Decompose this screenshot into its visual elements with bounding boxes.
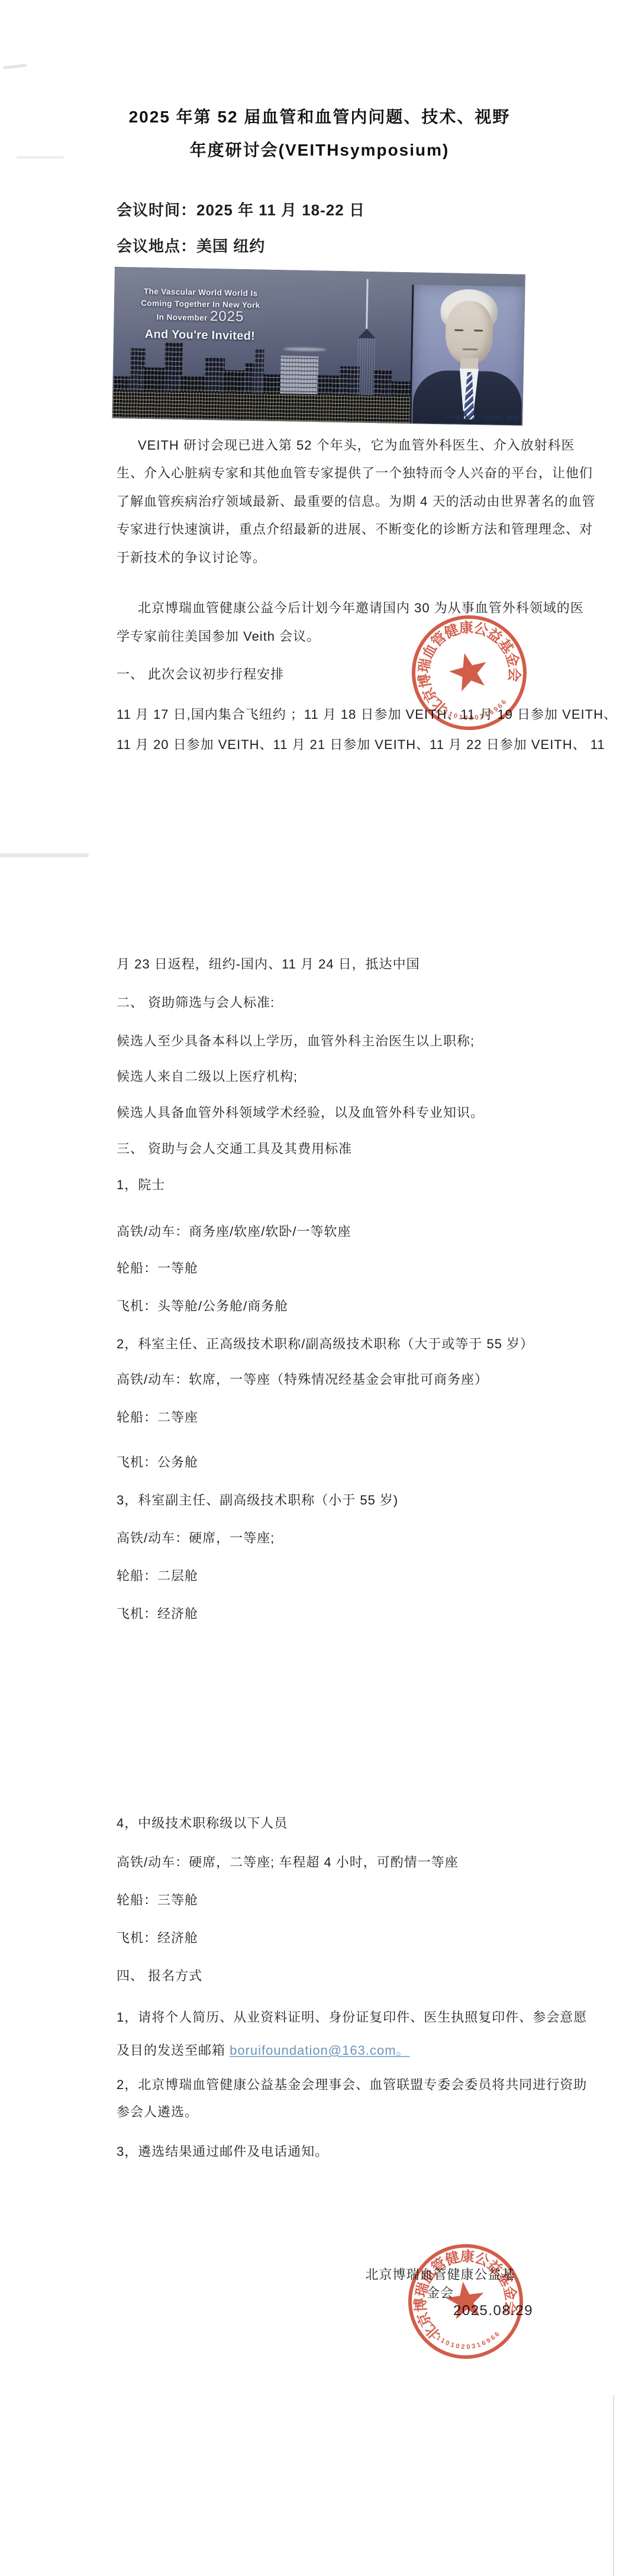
criteria-item: 候选人来自二级以上医疗机构; — [117, 1068, 298, 1086]
transport-item: 3，科室副主任、副高级技术职称（小于 55 岁) — [117, 1492, 398, 1509]
section4-heading: 四、 报名方式 — [117, 1967, 202, 1985]
banner-image: The Vascular World World Is Coming Toget… — [112, 267, 525, 425]
transport-item: 轮船：二层舱 — [117, 1567, 198, 1585]
transport-item: 2，科室主任、正高级技术职称/副高级技术职称（大于或等于 55 岁） — [117, 1335, 534, 1353]
portrait-right-eye — [474, 330, 483, 331]
banner-year: 2025 — [210, 308, 244, 325]
scan-artifact — [0, 853, 89, 857]
transport-item: 轮船：三等舱 — [117, 1891, 198, 1909]
stamp-star-icon — [446, 648, 492, 693]
intro-line: 生、介入心脏病专家和其他血管专家提供了一个独特而令人兴奋的平台，让他们 — [117, 464, 593, 482]
transport-item: 飞机：头等舱/公务舱/商务舱 — [117, 1297, 288, 1315]
plan-line: 学专家前往美国参加 Veith 会议。 — [117, 628, 320, 645]
transport-item: 轮船：一等舱 — [117, 1260, 198, 1277]
transport-item: 飞机：经济舱 — [117, 1929, 198, 1947]
one-wtc-tower — [357, 338, 376, 396]
meeting-location: 会议地点：美国 纽约 — [117, 237, 265, 255]
banner-headline-line2: Coming Together In New York — [131, 298, 270, 312]
meeting-time: 会议时间：2025 年 11 月 18-22 日 — [117, 201, 365, 219]
registration-line: 3，遴选结果通过邮件及电话通知。 — [117, 2143, 328, 2161]
portrait-mouth — [463, 348, 478, 350]
intro-line: 于新技术的争议讨论等。 — [117, 549, 266, 567]
portrait-left-eye — [454, 330, 463, 331]
registration-line: 2，北京博瑞血管健康公益基金会理事会、血管联盟专委会委员将共同进行资助 — [117, 2076, 587, 2094]
email-line-prefix: 及目的发送至邮箱 — [117, 2043, 230, 2058]
transport-item: 1，院士 — [117, 1176, 165, 1194]
stamp-star-icon — [444, 2279, 487, 2320]
schedule-line: 月 23 日返程，纽约-国内、11 月 24 日，抵达中国 — [117, 955, 420, 973]
scan-artifact — [3, 64, 27, 69]
scan-edge-line — [613, 2395, 614, 2576]
portrait-panel: Frank J. Veith, MD — [409, 285, 524, 425]
registration-line: 参会人遴选。 — [117, 2103, 198, 2121]
portrait-face — [445, 301, 493, 364]
scanned-document-page: 2025 年第 52 届血管和血管内问题、技术、视野 年度研讨会(VEITHsy… — [0, 0, 639, 2576]
registration-line: 及目的发送至邮箱 boruifoundation@163.com。 — [117, 2042, 410, 2059]
section2-heading: 二、 资助筛选与会人标准: — [117, 994, 275, 1012]
criteria-item: 候选人至少具备本科以上学历，血管外科主治医生以上职称; — [117, 1032, 475, 1050]
transport-item: 飞机：公务舱 — [117, 1454, 198, 1471]
document-title-line1: 2025 年第 52 届血管和血管内问题、技术、视野 — [0, 104, 639, 128]
schedule-line: 11 月 20 日参加 VEITH、11 月 21 日参加 VEITH、11 月… — [117, 736, 605, 754]
transport-item: 飞机：经济舱 — [117, 1605, 198, 1623]
section1-heading: 一、 此次会议初步行程安排 — [117, 666, 284, 683]
skyline-base-row — [112, 390, 414, 423]
document-title-line2: 年度研讨会(VEITHsymposium) — [0, 137, 639, 161]
intro-line: 了解血管疾病治疗领域最新、最重要的信息。为期 4 天的活动由世界著名的血管 — [117, 493, 595, 511]
intro-line: 专家进行快速演讲，重点介绍最新的进展、不断变化的诊断方法和管理理念、对 — [117, 521, 593, 538]
banner-headline-block: The Vascular World World Is Coming Toget… — [131, 286, 270, 344]
criteria-item: 候选人具备血管外科领域学术经验，以及血管外科专业知识。 — [117, 1104, 484, 1122]
one-wtc-spire — [366, 279, 369, 329]
intro-line: VEITH 研讨会现已进入第 52 个年头，它为血管外科医生、介入放射科医 — [138, 437, 575, 454]
one-wtc-taper — [358, 329, 376, 339]
transport-item: 高铁/动车：商务座/软座/软卧/一等软座 — [117, 1223, 351, 1241]
transport-item: 高铁/动车：硬席，二等座; 车程超 4 小时，可酌情一等座 — [117, 1854, 459, 1871]
banner-headline-line3: In November 2025 — [131, 309, 269, 325]
transport-item: 4，中级技术职称级以下人员 — [117, 1815, 288, 1832]
transport-item: 高铁/动车：软席，一等座（特殊情况经基金会审批可商务座） — [117, 1371, 488, 1389]
foundation-seal-stamp: 北京博瑞血管健康公益基金会 1101020316966 — [390, 594, 548, 752]
email-link[interactable]: boruifoundation@163.com。 — [230, 2043, 409, 2058]
banner-november-text: In November — [156, 312, 207, 322]
registration-line: 1，请将个人简历、从业资料证明、身份证复印件、医生执照复印件、参会意愿 — [117, 2009, 587, 2026]
foundation-seal-stamp: 北京博瑞血管健康公益基金会 1101020316966 — [392, 2228, 539, 2375]
transport-item: 高铁/动车：硬席，一等座; — [117, 1529, 275, 1547]
section3-heading: 三、 资助与会人交通工具及其费用标准 — [117, 1140, 352, 1158]
banner-invite-text: And You're Invited! — [131, 327, 269, 343]
transport-item: 轮船：二等座 — [117, 1409, 198, 1426]
